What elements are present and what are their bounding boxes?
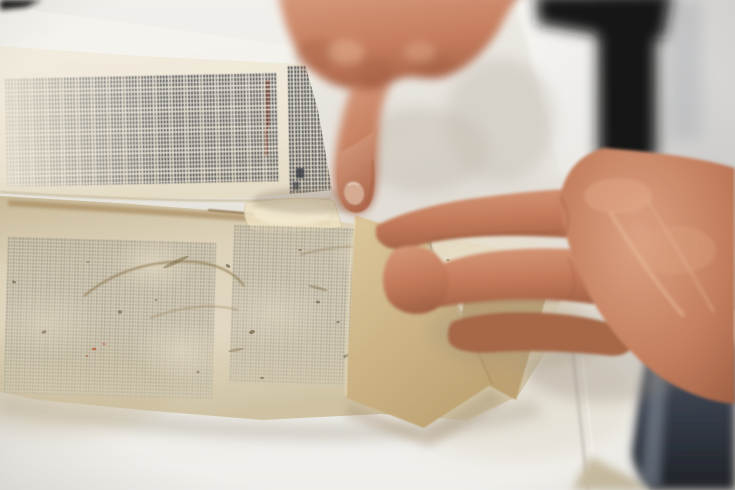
foreground-layer <box>0 0 735 490</box>
scene <box>0 0 735 490</box>
vignette <box>0 0 735 490</box>
